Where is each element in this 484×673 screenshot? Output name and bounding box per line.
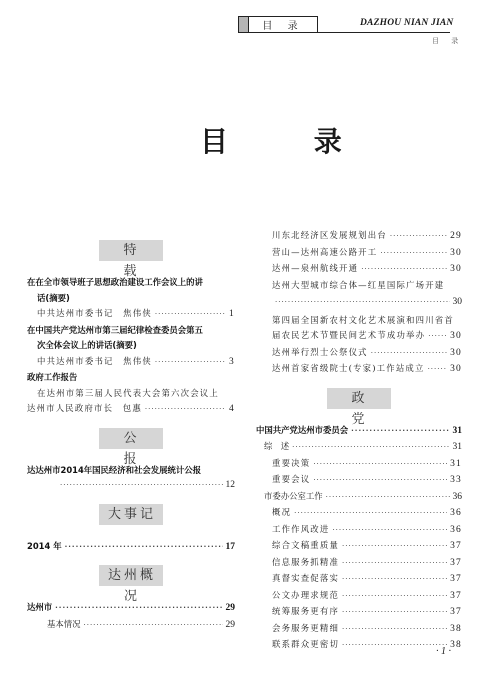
toc-entry[interactable]: 统筹服务更有序37 — [256, 604, 462, 621]
section-heading-parties: 政 党 — [327, 388, 391, 409]
header-tab-label: 目 录 — [249, 17, 317, 32]
toc-entry[interactable]: 2014 年17 — [27, 539, 235, 556]
leader-dots — [60, 478, 223, 494]
toc-entry[interactable]: 30 — [256, 295, 462, 311]
toc-entry[interactable]: 达州举行烈士公祭仪式30 — [256, 345, 462, 362]
toc-entry[interactable]: 中共达州市委书记 焦伟侠1 — [27, 306, 235, 323]
toc-entry[interactable]: 达州大型城市综合体—红星国际广场开建 — [256, 278, 462, 294]
leader-dots — [155, 355, 226, 371]
toc-entry[interactable]: 信息服务抓精准37 — [256, 555, 462, 572]
leader-dots — [351, 424, 449, 440]
leader-dots — [313, 473, 447, 489]
toc-entry[interactable]: 综合文稿重质量37 — [256, 538, 462, 555]
leader-dots — [380, 246, 447, 262]
leader-dots — [342, 556, 447, 572]
toc-entry[interactable]: 重要决策31 — [256, 456, 462, 473]
leader-dots — [342, 622, 447, 638]
toc-entry[interactable]: 达州市人民政府市长 包惠4 — [27, 401, 235, 418]
toc-entry[interactable]: 话(摘要) — [27, 291, 235, 307]
toc-entry[interactable]: 营山—达州高速公路开工30 — [256, 245, 462, 262]
toc-entry[interactable]: 公文办理求规范37 — [256, 588, 462, 605]
leader-dots — [326, 490, 450, 506]
toc-entry[interactable]: 12 — [27, 478, 235, 494]
section-heading-chronicle: 大事记 — [99, 504, 163, 525]
leader-dots — [65, 540, 223, 556]
toc-entry[interactable]: 概况36 — [256, 505, 462, 522]
toc-entry[interactable]: 在达州市第三届人民代表大会第六次会议上 — [27, 386, 235, 402]
toc-entry[interactable]: 市委办公室工作36 — [256, 489, 462, 506]
header-rule — [238, 32, 450, 33]
toc-entry[interactable]: 中国共产党达州市委员会31 — [256, 423, 462, 440]
header-english-title: DAZHOU NIAN JIAN — [360, 18, 453, 28]
leader-dots — [361, 262, 447, 278]
toc-entry[interactable]: 达州市29 — [27, 600, 235, 617]
section-heading-bulletin: 公 报 — [99, 428, 163, 449]
leader-dots — [145, 402, 226, 418]
leader-dots — [332, 523, 447, 539]
toc-entry[interactable]: 次全体会议上的讲话(摘要) — [27, 338, 235, 354]
leader-dots — [292, 440, 449, 456]
leader-dots — [275, 295, 450, 311]
toc-entry[interactable]: 达达州市2014年国民经济和社会发展统计公报 — [27, 463, 235, 479]
toc-entry[interactable]: 川东北经济区发展规划出台29 — [256, 228, 462, 245]
toc-entry[interactable]: 重要会议33 — [256, 472, 462, 489]
toc-right-column: 川东北经济区发展规划出台29 营山—达州高速公路开工30 达州—泉州航线开通30… — [256, 228, 462, 654]
header-sub-label: 目 录 — [432, 36, 463, 46]
leader-dots — [342, 605, 447, 621]
toc-entry[interactable]: 政府工作报告 — [27, 370, 235, 386]
toc-left-column: 特 载 在在全市领导班子思想政治建设工作会议上的讲 话(摘要) 中共达州市委书记… — [27, 240, 235, 633]
leader-dots — [428, 362, 448, 378]
toc-entry[interactable]: 真督实查促落实37 — [256, 571, 462, 588]
section-heading-special: 特 载 — [99, 240, 163, 261]
page-number: · 1 · — [436, 646, 451, 657]
header-tab-swatch — [239, 17, 249, 32]
leader-dots — [342, 572, 447, 588]
leader-dots — [55, 601, 222, 617]
header-section-tab: 目 录 — [238, 16, 318, 33]
leader-dots — [84, 618, 223, 634]
toc-entry[interactable]: 在在全市领导班子思想政治建设工作会议上的讲 — [27, 275, 235, 291]
leader-dots — [155, 307, 226, 323]
toc-entry[interactable]: 达州首家省级院士(专家)工作站成立30 — [256, 361, 462, 378]
leader-dots — [390, 229, 447, 245]
page-title: 目 录 — [200, 120, 380, 160]
toc-entry[interactable]: 届农民艺术节暨民间艺术节成功举办30 — [256, 328, 462, 345]
section-heading-overview: 达州概况 — [99, 565, 163, 586]
toc-entry[interactable]: 在中国共产党达州市第三届纪律检查委员会第五 — [27, 323, 235, 339]
leader-dots — [313, 457, 447, 473]
leader-dots — [294, 506, 447, 522]
leader-dots — [371, 346, 447, 362]
toc-entry[interactable]: 会务服务更精细38 — [256, 621, 462, 638]
leader-dots — [428, 329, 447, 345]
toc-entry[interactable]: 基本情况29 — [27, 617, 235, 634]
toc-entry[interactable]: 第四届全国新农村文化艺术展演和四川省首 — [256, 313, 462, 329]
toc-entry[interactable]: 综 述31 — [256, 439, 462, 456]
toc-entry[interactable]: 达州—泉州航线开通30 — [256, 261, 462, 278]
leader-dots — [342, 539, 447, 555]
toc-entry[interactable]: 联系群众更密切38 — [256, 637, 462, 654]
leader-dots — [342, 589, 447, 605]
leader-dots — [342, 638, 447, 654]
toc-entry[interactable]: 中共达州市委书记 焦伟侠3 — [27, 354, 235, 371]
toc-entry[interactable]: 工作作风改进36 — [256, 522, 462, 539]
